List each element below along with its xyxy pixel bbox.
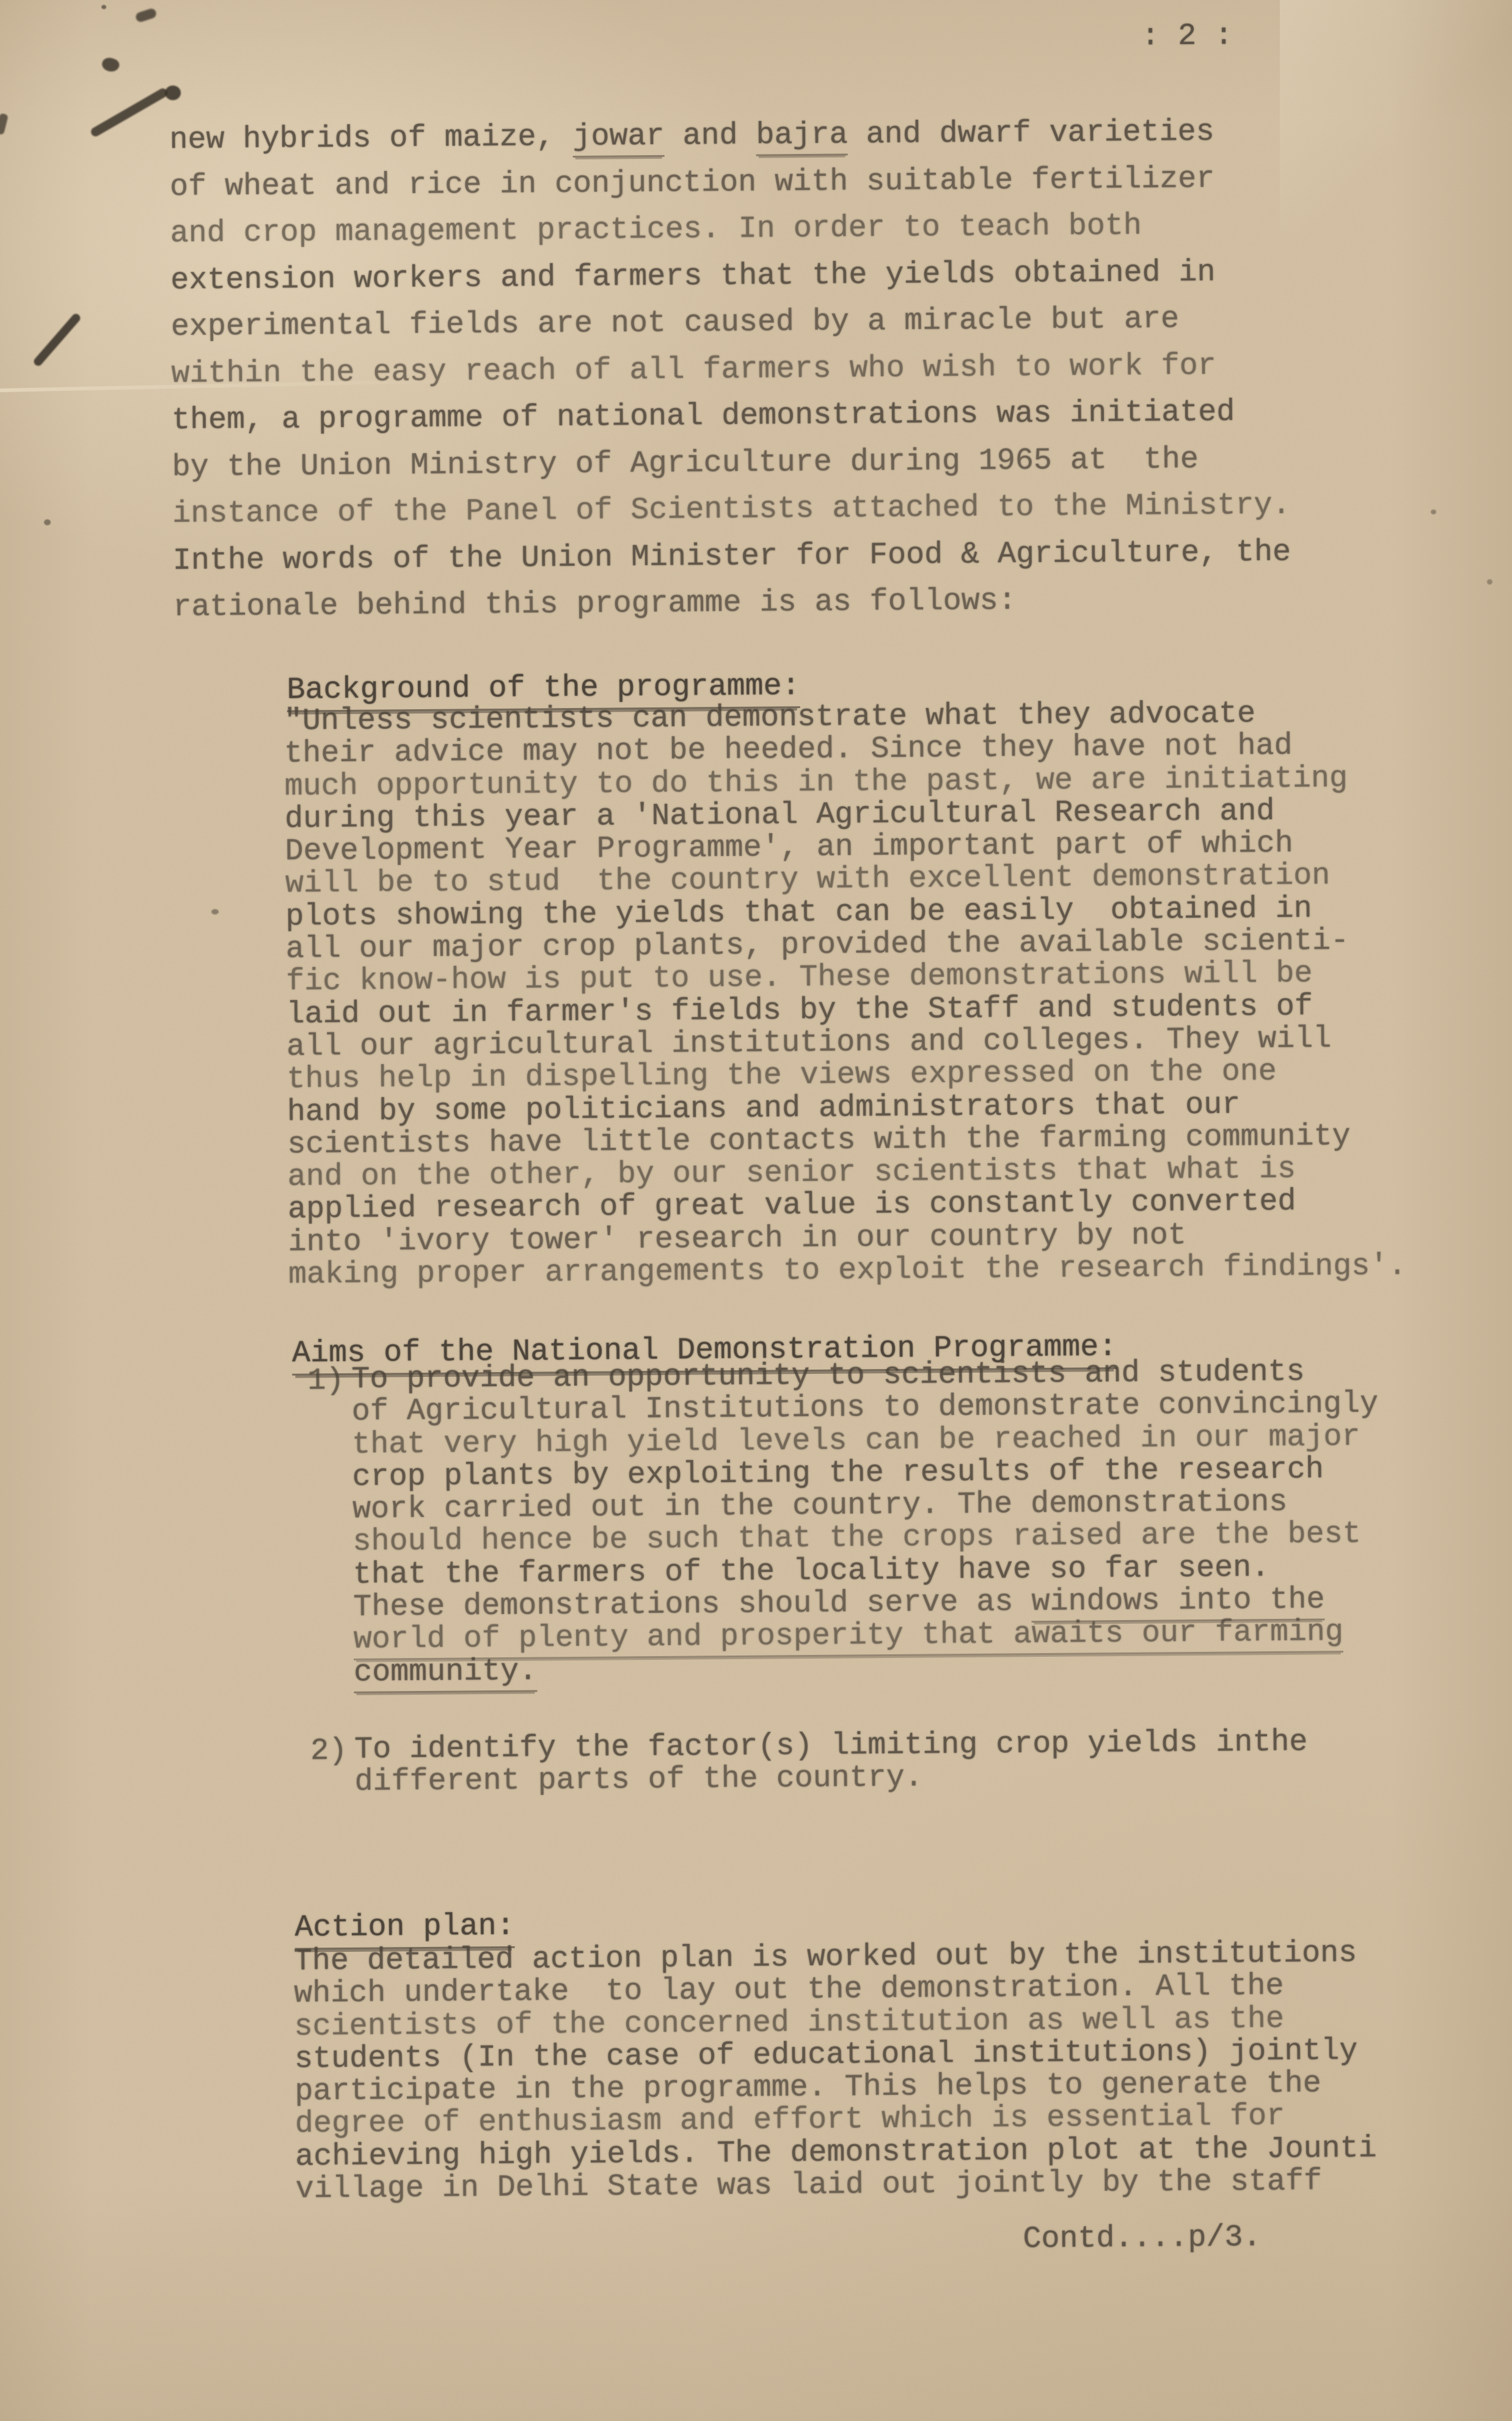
text-segment: and crop management practices. In order … [170,209,1142,251]
text-line: and crop management practices. In order … [170,202,1288,258]
text-line: new hybrids of maize, jowar and bajra an… [169,109,1288,164]
underlined-text: bajra [756,117,848,156]
aims-item-2: To identify the factor(s) limiting crop … [354,1726,1308,1799]
action-plan-paragraph: The detailed action plan is worked out b… [294,1937,1378,2206]
text-segment: and dwarf varieties [847,115,1214,153]
typewritten-text-layer: : 2 : new hybrids of maize, jowar and ba… [0,0,1512,2421]
underlined-text: community. [354,1654,538,1693]
text-line: community. [354,1648,1381,1689]
text-line: experimental fields are not caused by a … [171,296,1290,351]
underlined-text: jowar [572,119,665,158]
continuation-note: Contd....p/3. [1023,2220,1262,2257]
text-segment: by the Union Ministry of Agriculture dur… [172,442,1199,484]
page-number: : 2 : [1141,18,1233,54]
text-segment: experimental fields are not caused by a … [171,302,1180,345]
text-line: them, a programme of national demonstrat… [172,389,1290,445]
text-segment: village in Delhi State was laid out join… [296,2164,1323,2207]
text-segment: extension workers and farmers that the y… [170,255,1216,298]
text-line: Inthe words of the Union Minister for Fo… [173,529,1291,585]
document-page: : 2 : new hybrids of maize, jowar and ba… [0,0,1512,2421]
text-segment: instance of the Panel of Scientists atta… [172,488,1291,531]
text-segment: within the easy reach of all farmers who… [171,348,1216,391]
list-item-1-marker: 1) [307,1364,344,1398]
intro-paragraph: new hybrids of maize, jowar and bajra an… [169,109,1291,632]
background-quote: "Unless scientists can demonstrate what … [284,696,1407,1291]
text-segment: new hybrids of maize, [169,120,573,158]
text-segment: different parts of the country. [354,1761,923,1800]
text-line: instance of the Panel of Scientists atta… [172,483,1291,538]
text-line: making proper arrangements to exploit th… [288,1250,1407,1291]
text-segment: rationale behind this programme is as fo… [173,583,1017,625]
list-item-2-marker: 2) [310,1734,347,1769]
text-segment: of wheat and rice in conjunction with su… [170,161,1215,204]
text-line: extension workers and farmers that the y… [170,249,1289,304]
text-line: within the easy reach of all farmers who… [171,342,1290,398]
text-line: different parts of the country. [354,1759,1308,1799]
aims-item-1: To provide an opportunity to scientists … [351,1356,1380,1689]
text-line: rationale behind this programme is as fo… [173,576,1291,632]
text-segment: and [664,119,756,154]
text-segment: them, a programme of national demonstrat… [172,395,1235,438]
text-line: of wheat and rice in conjunction with su… [170,155,1288,211]
text-line: village in Delhi State was laid out join… [296,2165,1378,2206]
text-line: by the Union Ministry of Agriculture dur… [172,436,1290,491]
text-segment: Inthe words of the Union Minister for Fo… [173,535,1291,578]
